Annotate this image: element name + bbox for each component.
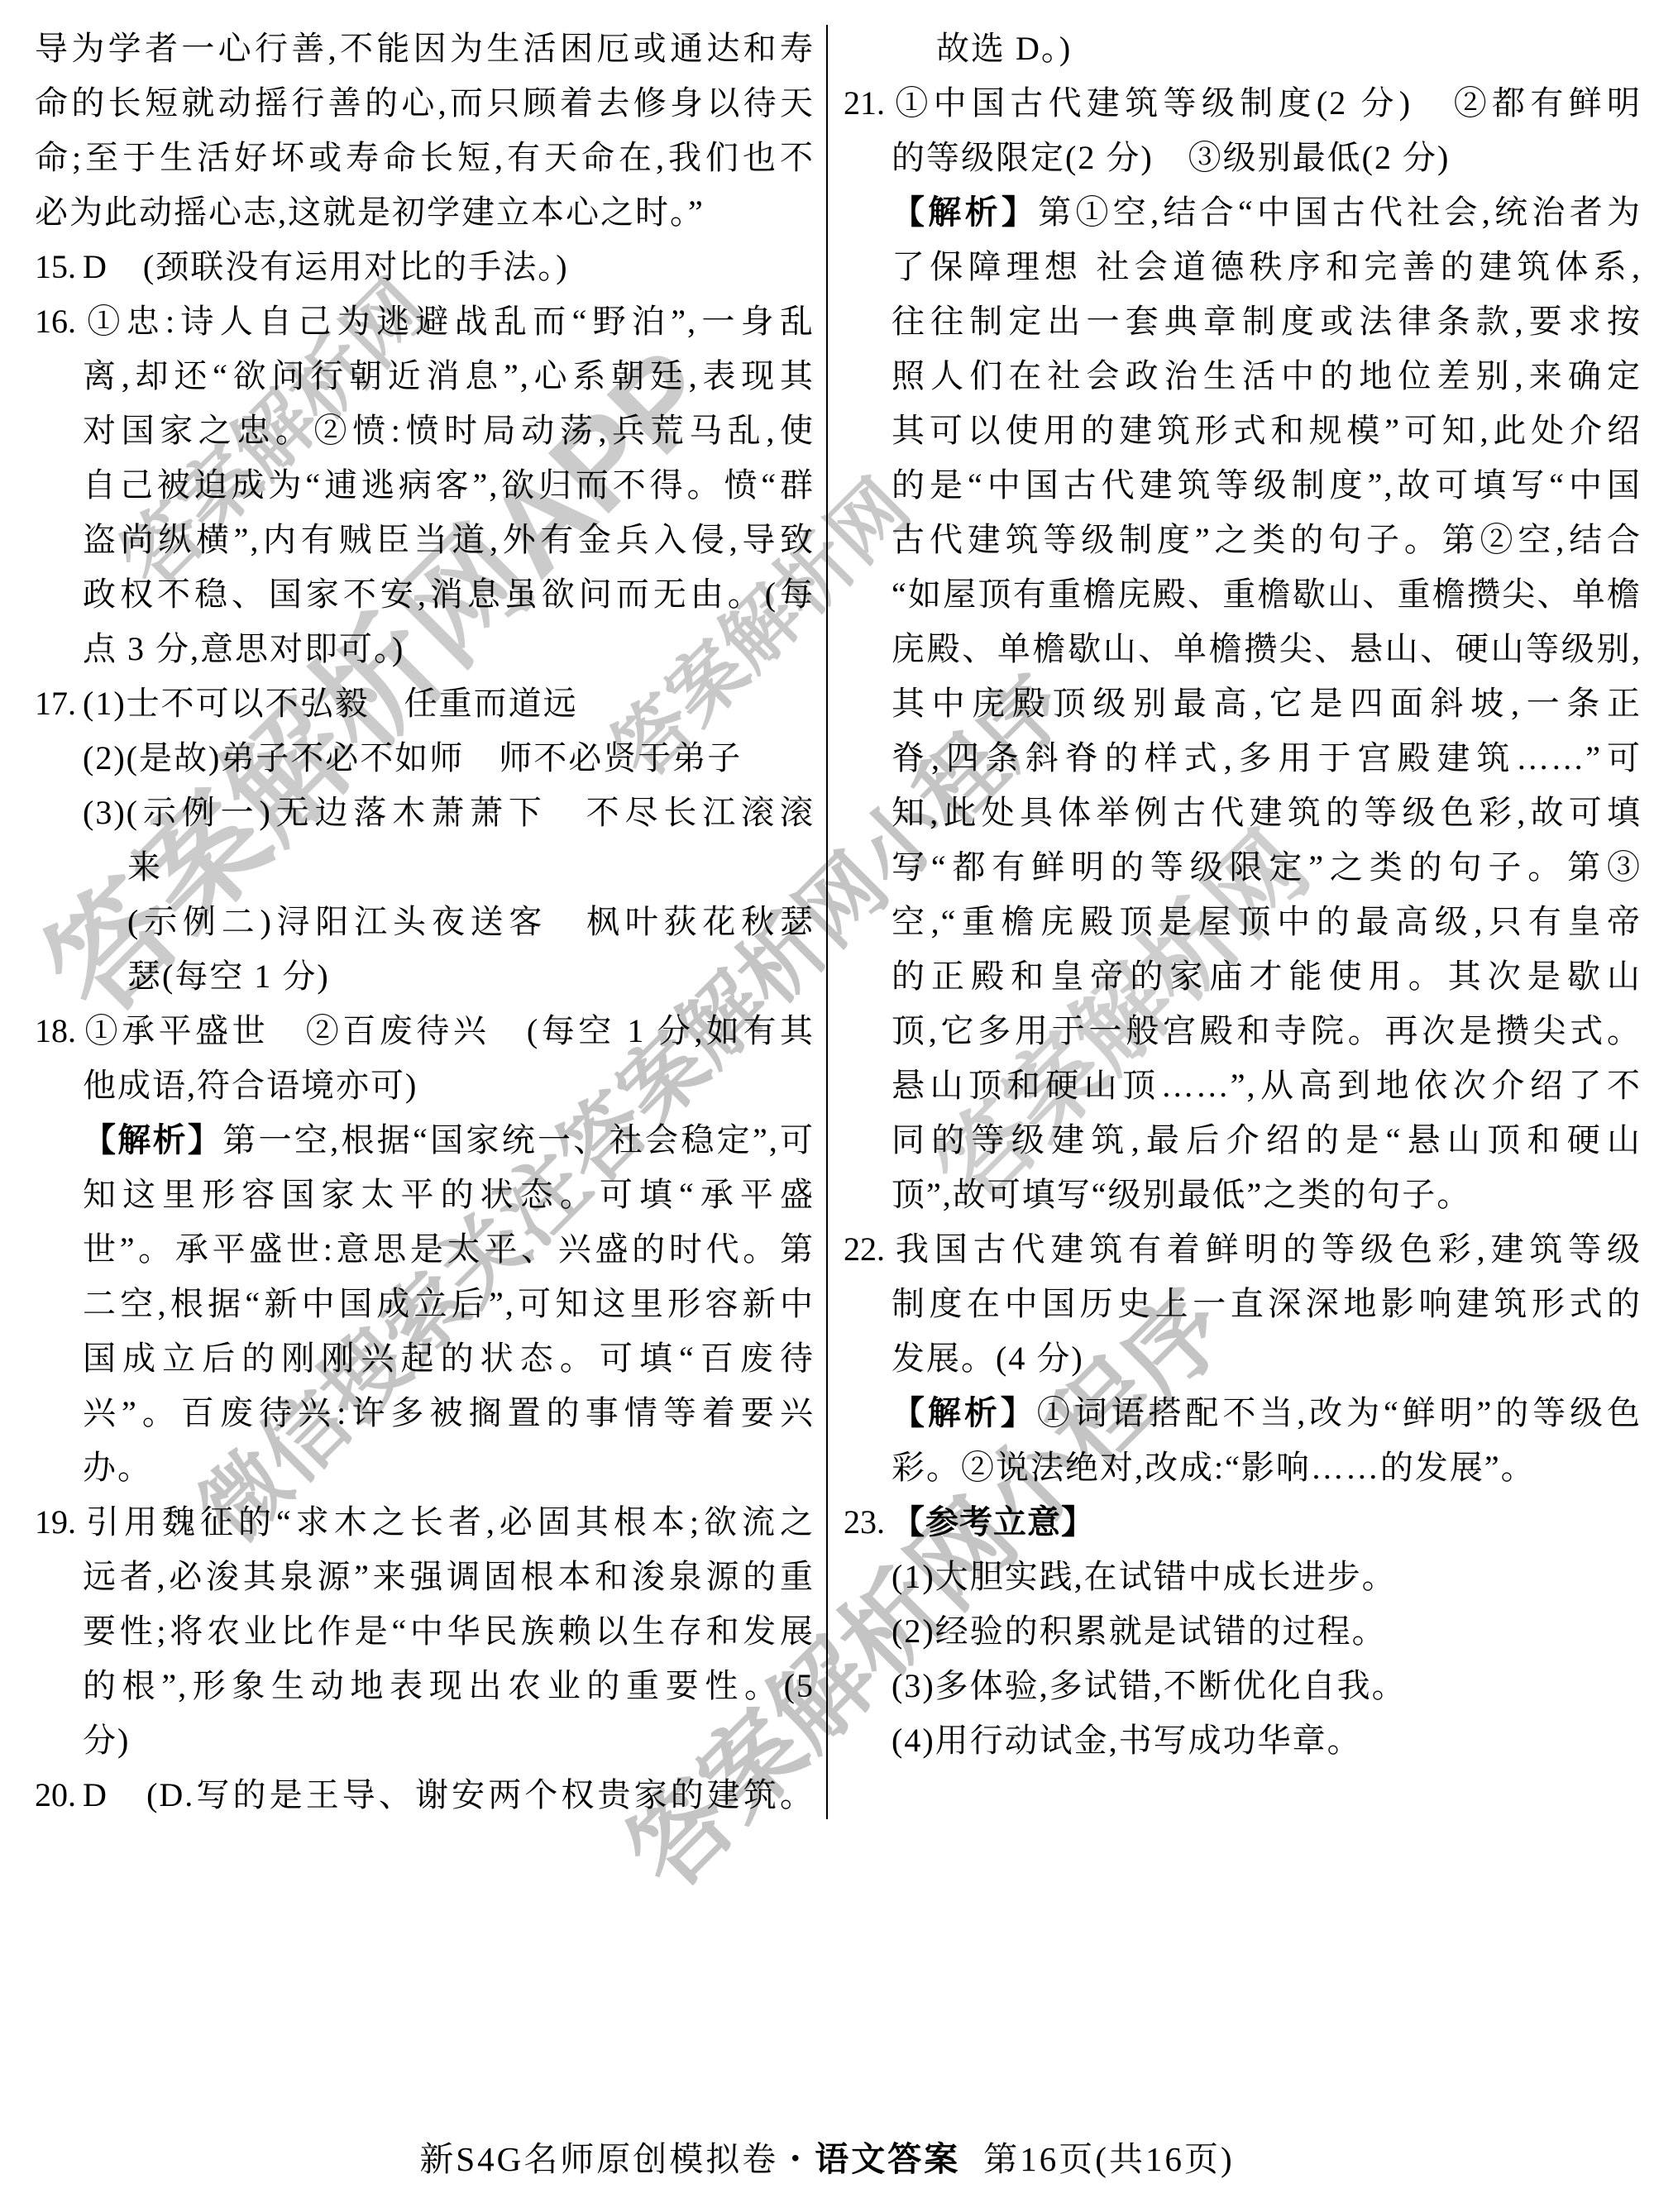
answer-line: 19.引用魏征的“求木之长者,必固其根本;欲流之	[35, 1495, 815, 1550]
left-answer-column: 导为学者一心行善,不能因为生活困厄或通达和寿命的长短就动摇行善的心,而只顾着去修…	[0, 21, 827, 1823]
answer-line: 悬山顶和硬山顶……”,从高到地依次介绍了不	[892, 1058, 1642, 1113]
answer-line: 知,此处具体举例古代建筑的等级色彩,故可填	[892, 786, 1642, 840]
answer-line: 17.(1)士不可以不弘毅 任重而道远	[35, 676, 815, 731]
question-number: 22.	[844, 1222, 892, 1277]
answer-line: 22.我国古代建筑有着鲜明的等级色彩,建筑等级	[844, 1222, 1642, 1277]
answer-line: 23.【参考立意】	[844, 1495, 1642, 1550]
page-footer: 新S4G名师原创模拟卷・语文答案第16页(共16页)	[0, 2132, 1654, 2181]
answer-line: 政权不稳、国家不安,消息虽欲问而无由。(每	[83, 567, 815, 622]
answer-line: 的根”,形象生动地表现出农业的重要性。(5	[83, 1659, 815, 1713]
answer-line: (4)用行动试金,书写成功华章。	[892, 1713, 1642, 1768]
answer-line: 顶,它多用于一般宫殿和寺院。再次是攒尖式。	[892, 1004, 1642, 1058]
answer-line: 故选 D。)	[936, 21, 1642, 76]
answer-line: 兴”。百废待兴:许多被搁置的事情等着要兴	[83, 1386, 815, 1440]
right-answer-column: 故选 D。)21.①中国古代建筑等级制度(2 分) ②都有鲜明的等级限定(2 分…	[827, 21, 1654, 1768]
answer-line: 盗尚纵横”,内有贼臣当道,外有金兵入侵,导致	[83, 513, 815, 567]
answer-line: (3)(示例一)无边落木萧萧下 不尽长江滚滚	[83, 786, 815, 840]
answer-line: 18.①承平盛世 ②百废待兴 (每空 1 分,如有其	[35, 1004, 815, 1058]
answer-line: 16.①忠:诗人自己为逃避战乱而“野泊”,一身乱	[35, 294, 815, 349]
answer-line: (2)(是故)弟子不必不如师 师不必贤于弟子	[83, 731, 815, 786]
footer-booklet-title: 新S4G名师原创模拟卷	[419, 2140, 778, 2178]
answer-line: 办。	[83, 1440, 815, 1495]
answer-line: 【解析】第①空,结合“中国古代社会,统治者为	[892, 185, 1642, 240]
answer-line: 要性;将农业比作是“中华民族赖以生存和发展	[83, 1604, 815, 1659]
answer-line: 脊,四条斜脊的样式,多用于宫殿建筑……”可	[892, 731, 1642, 786]
question-number: 21.	[844, 76, 892, 131]
answer-line: 来	[127, 840, 815, 895]
answer-line: 二空,根据“新中国成立后”,可知这里形容新中	[83, 1277, 815, 1331]
answer-line: 点 3 分,意思对即可。)	[83, 622, 815, 676]
answer-line: 国成立后的刚刚兴起的状态。可填“百废待	[83, 1331, 815, 1386]
answer-line: 的是“中国古代建筑等级制度”,故可填写“中国	[892, 458, 1642, 513]
answer-line: 离,却还“欲问行朝近消息”,心系朝廷,表现其	[83, 349, 815, 404]
question-number: 15.	[35, 240, 83, 294]
answer-line: 彩。②说法绝对,改成:“影响……的发展”。	[892, 1440, 1642, 1495]
answer-line: 命;至于生活好坏或寿命长短,有天命在,我们也不	[35, 131, 815, 185]
answer-line: 的等级限定(2 分) ③级别最低(2 分)	[892, 131, 1642, 185]
answer-line: 同的等级建筑,最后介绍的是“悬山顶和硬山	[892, 1113, 1642, 1168]
answer-line: 远者,必浚其泉源”来强调固根本和浚泉源的重	[83, 1550, 815, 1604]
answer-line: (3)多体验,多试错,不断优化自我。	[892, 1659, 1642, 1713]
answer-line: 了保障理想 社会道德秩序和完善的建筑体系,	[892, 240, 1642, 294]
answer-line: 制度在中国历史上一直深深地影响建筑形式的	[892, 1277, 1642, 1331]
analysis-label: 【参考立意】	[892, 1504, 1095, 1541]
answer-line: 空,“重檐庑殿顶是屋顶中的最高级,只有皇帝	[892, 895, 1642, 949]
answer-line: 照人们在社会政治生活中的地位差别,来确定	[892, 349, 1642, 404]
answer-line: 的正殿和皇帝的家庙才能使用。其次是歇山	[892, 949, 1642, 1004]
answer-line: 顶”,故可填写“级别最低”之类的句子。	[892, 1168, 1642, 1222]
answer-line: 庑殿、单檐歇山、单檐攒尖、悬山、硬山等级别,	[892, 622, 1642, 676]
analysis-label: 【解析】	[892, 1395, 1037, 1431]
answer-line: 瑟(每空 1 分)	[127, 949, 815, 1004]
answer-line: (2)经验的积累就是试错的过程。	[892, 1604, 1642, 1659]
answer-line: 自己被迫成为“逋逃病客”,欲归而不得。愤“群	[83, 458, 815, 513]
answer-line: 其可以使用的建筑形式和规模”可知,此处介绍	[892, 404, 1642, 458]
answer-line: 20.D (D.写的是王导、谢安两个权贵家的建筑。	[35, 1768, 815, 1823]
footer-page-number: 第16页(共16页)	[983, 2140, 1234, 2178]
answer-line: 分)	[83, 1713, 815, 1768]
answer-line: 写“都有鲜明的等级限定”之类的句子。第③	[892, 840, 1642, 895]
answer-line: (示例二)浔阳江头夜送客 枫叶荻花秋瑟	[127, 895, 815, 949]
answer-line: 知这里形容国家太平的状态。可填“承平盛	[83, 1168, 815, 1222]
answer-line: (1)大胆实践,在试错中成长进步。	[892, 1550, 1642, 1604]
answer-line: 发展。(4 分)	[892, 1331, 1642, 1386]
answer-line: 必为此动摇心志,这就是初学建立本心之时。”	[35, 185, 815, 240]
answer-line: 他成语,符合语境亦可)	[83, 1058, 815, 1113]
answer-line: 【解析】第一空,根据“国家统一、社会稳定”,可	[83, 1113, 815, 1168]
answer-line: 导为学者一心行善,不能因为生活困厄或通达和寿	[35, 21, 815, 76]
analysis-label: 【解析】	[83, 1122, 222, 1159]
answer-line: 命的长短就动摇行善的心,而只顾着去修身以待天	[35, 76, 815, 131]
answer-line: 古代建筑等级制度”之类的句子。第②空,结合	[892, 513, 1642, 567]
question-number: 19.	[35, 1495, 83, 1550]
answer-line: 【解析】①词语搭配不当,改为“鲜明”的等级色	[892, 1386, 1642, 1440]
answer-line: 15.D (颈联没有运用对比的手法。)	[35, 240, 815, 294]
answer-line: 其中庑殿顶级别最高,它是四面斜坡,一条正	[892, 676, 1642, 731]
question-number: 20.	[35, 1768, 83, 1823]
footer-separator: ・	[778, 2140, 815, 2178]
footer-subject-label: 语文答案	[815, 2140, 960, 2178]
question-number: 23.	[844, 1495, 892, 1550]
answer-line: 往往制定出一套典章制度或法律条款,要求按	[892, 294, 1642, 349]
answer-line: 世”。承平盛世:意思是太平、兴盛的时代。第	[83, 1222, 815, 1277]
answer-line: 21.①中国古代建筑等级制度(2 分) ②都有鲜明	[844, 76, 1642, 131]
answer-line: “如屋顶有重檐庑殿、重檐歇山、重檐攒尖、单檐	[892, 567, 1642, 622]
analysis-label: 【解析】	[892, 194, 1038, 231]
question-number: 16.	[35, 294, 83, 349]
answer-line: 对国家之忠。②愤:愤时局动荡,兵荒马乱,使	[83, 404, 815, 458]
question-number: 17.	[35, 676, 83, 731]
question-number: 18.	[35, 1004, 83, 1058]
